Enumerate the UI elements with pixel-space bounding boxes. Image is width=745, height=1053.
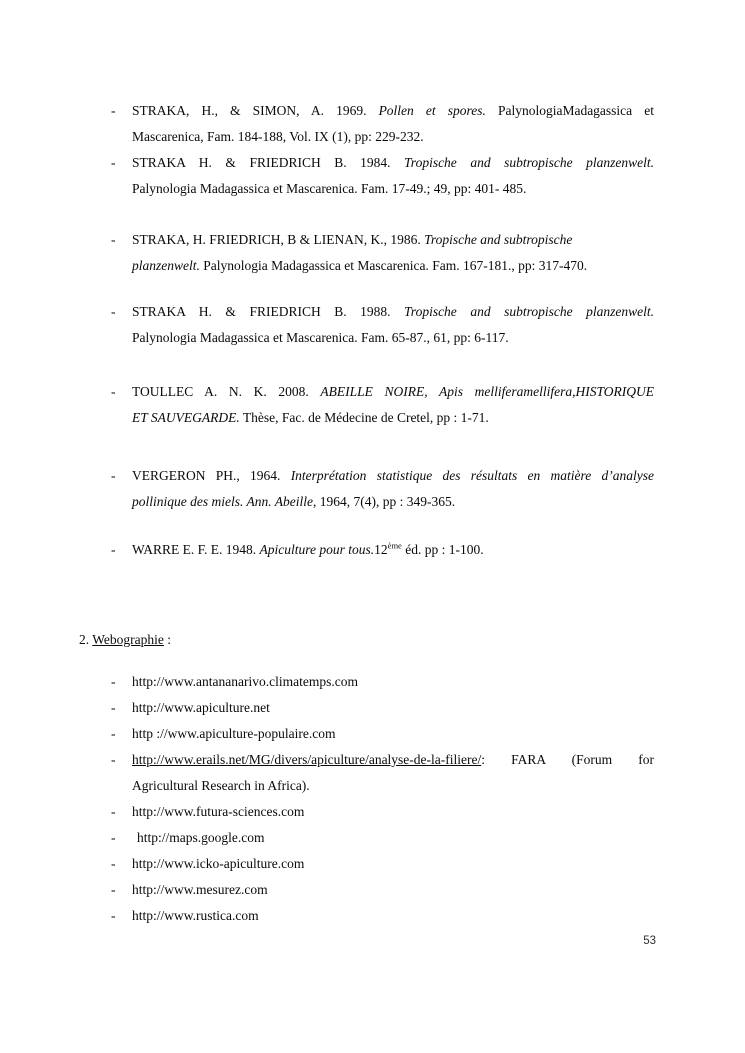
bullet-dash: -	[111, 537, 132, 563]
text-run: TOULLEC A. N. K. 2008.	[132, 384, 320, 399]
bullet-dash: -	[111, 825, 132, 851]
webography-item-text: http://www.futura-sciences.com	[132, 799, 654, 825]
text-line: http://www.icko-apiculture.com	[132, 851, 654, 877]
text-run: PalynologiaMadagassica et	[486, 103, 654, 118]
bibliography-entry: -VERGERON PH., 1964. Interprétation stat…	[0, 463, 745, 515]
italic-text-run: planzenwelt.	[132, 258, 200, 273]
italic-text-run: pollinique des miels. Ann. Abeille	[132, 494, 313, 509]
bibliography-entry: -STRAKA H. & FRIEDRICH B. 1984. Tropisch…	[0, 150, 745, 202]
text-run: éd. pp : 1-100.	[402, 542, 484, 557]
bullet-dash: -	[111, 227, 132, 253]
text-run: STRAKA, H., & SIMON, A. 1969.	[132, 103, 379, 118]
text-line: Palynologia Madagassica et Mascarenica. …	[132, 325, 654, 351]
webography-item: -http://www.antananarivo.climatemps.com	[0, 669, 745, 695]
text-line: http://maps.google.com	[137, 825, 659, 851]
italic-text-run: ET SAUVEGARDE.	[132, 410, 240, 425]
bullet-dash: -	[111, 463, 132, 489]
document-page: -STRAKA, H., & SIMON, A. 1969. Pollen et…	[0, 0, 745, 1053]
bullet-dash: -	[111, 379, 132, 405]
bullet-dash: -	[111, 747, 132, 773]
text-line: WARRE E. F. E. 1948. Apiculture pour tou…	[132, 537, 654, 563]
page-number: 53	[643, 935, 656, 947]
text-run: STRAKA H. & FRIEDRICH B. 1988.	[132, 304, 404, 319]
webography-item: -http ://www.apiculture-populaire.com	[0, 721, 745, 747]
italic-text-run: Apiculture pour tous.	[260, 542, 375, 557]
text-line: http://www.futura-sciences.com	[132, 799, 654, 825]
bibliography-list: -STRAKA, H., & SIMON, A. 1969. Pollen et…	[0, 98, 745, 563]
text-run: STRAKA H. & FRIEDRICH B. 1984.	[132, 155, 404, 170]
text-run: Webographie	[92, 632, 164, 647]
bibliography-entry-text: WARRE E. F. E. 1948. Apiculture pour tou…	[132, 537, 654, 563]
text-run: ème	[388, 541, 402, 551]
text-run: STRAKA, H. FRIEDRICH, B & LIENAN, K., 19…	[132, 232, 424, 247]
italic-text-run: Interprétation statistique des résultats…	[291, 468, 654, 483]
text-run: , 1964, 7(4), pp : 349-365.	[313, 494, 455, 509]
webography-list: -http://www.antananarivo.climatemps.com-…	[0, 669, 745, 929]
bullet-dash: -	[111, 98, 132, 124]
text-run: http://www.antananarivo.climatemps.com	[132, 674, 358, 689]
bullet-dash: -	[111, 851, 132, 877]
italic-text-run: ABEILLE NOIRE, Apis melliferamellifera,H…	[320, 384, 654, 399]
bibliography-entry-text: STRAKA H. & FRIEDRICH B. 1988. Tropische…	[132, 299, 654, 351]
text-line: Palynologia Madagassica et Mascarenica. …	[132, 176, 654, 202]
text-line: http://www.mesurez.com	[132, 877, 654, 903]
bibliography-entry: -STRAKA, H. FRIEDRICH, B & LIENAN, K., 1…	[0, 227, 745, 279]
text-run: WARRE E. F. E. 1948.	[132, 542, 260, 557]
webography-heading: 2. Webographie :	[0, 627, 745, 653]
text-run: http://www.mesurez.com	[132, 882, 268, 897]
italic-text-run: Tropische and subtropische planzenwelt.	[404, 304, 654, 319]
bibliography-entry-text: STRAKA, H. FRIEDRICH, B & LIENAN, K., 19…	[132, 227, 654, 279]
webography-item-text: http://www.antananarivo.climatemps.com	[132, 669, 654, 695]
bullet-dash: -	[111, 903, 132, 929]
webography-item-text: http://www.mesurez.com	[132, 877, 654, 903]
text-line: http://www.erails.net/MG/divers/apicultu…	[132, 747, 654, 773]
text-run: Palynologia Madagassica et Mascarenica. …	[132, 330, 509, 345]
webography-item-text: http ://www.apiculture-populaire.com	[132, 721, 654, 747]
text-run: Mascarenica, Fam. 184-188, Vol. IX (1), …	[132, 129, 424, 144]
hyperlink[interactable]: http://www.erails.net/MG/divers/apicultu…	[132, 752, 481, 767]
text-line: Mascarenica, Fam. 184-188, Vol. IX (1), …	[132, 124, 654, 150]
text-line: http://www.antananarivo.climatemps.com	[132, 669, 654, 695]
webography-item: -http://www.futura-sciences.com	[0, 799, 745, 825]
bullet-dash: -	[111, 877, 132, 903]
text-line: STRAKA, H., & SIMON, A. 1969. Pollen et …	[132, 98, 654, 124]
bullet-dash: -	[111, 299, 132, 325]
webography-item-text: http://www.rustica.com	[132, 903, 654, 929]
text-line: ET SAUVEGARDE. Thèse, Fac. de Médecine d…	[132, 405, 654, 431]
text-run: Palynologia Madagassica et Mascarenica. …	[132, 181, 526, 196]
text-run: Palynologia Madagassica et Mascarenica. …	[200, 258, 587, 273]
text-run: 12	[374, 542, 388, 557]
bullet-dash: -	[111, 669, 132, 695]
bibliography-entry-text: VERGERON PH., 1964. Interprétation stati…	[132, 463, 654, 515]
webography-item: -http://www.rustica.com	[0, 903, 745, 929]
italic-text-run: Tropische and subtropische planzenwelt.	[404, 155, 654, 170]
text-run: http://www.rustica.com	[132, 908, 259, 923]
bullet-dash: -	[111, 150, 132, 176]
bibliography-entry: -WARRE E. F. E. 1948. Apiculture pour to…	[0, 537, 745, 563]
text-line: pollinique des miels. Ann. Abeille, 1964…	[132, 489, 654, 515]
text-line: Agricultural Research in Africa).	[132, 773, 654, 799]
webography-item: -http://www.apiculture.net	[0, 695, 745, 721]
webography-item-text: http://www.apiculture.net	[132, 695, 654, 721]
text-run: Thèse, Fac. de Médecine de Cretel, pp : …	[240, 410, 489, 425]
text-line: STRAKA, H. FRIEDRICH, B & LIENAN, K., 19…	[132, 227, 654, 253]
text-run: http://maps.google.com	[137, 830, 265, 845]
text-run: http://www.icko-apiculture.com	[132, 856, 304, 871]
webography-item: -http://www.mesurez.com	[0, 877, 745, 903]
bibliography-entry: -STRAKA H. & FRIEDRICH B. 1988. Tropisch…	[0, 299, 745, 351]
webography-item: -http://maps.google.com	[0, 825, 745, 851]
bibliography-entry-text: STRAKA, H., & SIMON, A. 1969. Pollen et …	[132, 98, 654, 150]
text-run: http://www.apiculture.net	[132, 700, 270, 715]
text-run: Agricultural Research in Africa).	[132, 778, 310, 793]
text-line: planzenwelt. Palynologia Madagassica et …	[132, 253, 654, 279]
bullet-dash: -	[111, 695, 132, 721]
text-line: http://www.rustica.com	[132, 903, 654, 929]
bibliography-entry: -STRAKA, H., & SIMON, A. 1969. Pollen et…	[0, 98, 745, 150]
webography-item: -http://www.erails.net/MG/divers/apicult…	[0, 747, 745, 799]
text-run: :	[164, 632, 171, 647]
bullet-dash: -	[111, 721, 132, 747]
page-content: -STRAKA, H., & SIMON, A. 1969. Pollen et…	[0, 0, 745, 929]
webography-item-text: http://maps.google.com	[132, 825, 659, 851]
bibliography-entry-text: TOULLEC A. N. K. 2008. ABEILLE NOIRE, Ap…	[132, 379, 654, 431]
bibliography-entry-text: STRAKA H. & FRIEDRICH B. 1984. Tropische…	[132, 150, 654, 202]
text-line: VERGERON PH., 1964. Interprétation stati…	[132, 463, 654, 489]
text-run: http://www.futura-sciences.com	[132, 804, 304, 819]
text-run: : FARA (Forum for	[481, 752, 654, 767]
italic-text-run: Tropische and subtropische	[424, 232, 572, 247]
text-line: TOULLEC A. N. K. 2008. ABEILLE NOIRE, Ap…	[132, 379, 654, 405]
text-run: 2.	[79, 632, 92, 647]
webography-item-text: http://www.icko-apiculture.com	[132, 851, 654, 877]
italic-text-run: Pollen et spores.	[379, 103, 486, 118]
text-line: STRAKA H. & FRIEDRICH B. 1984. Tropische…	[132, 150, 654, 176]
text-run: http ://www.apiculture-populaire.com	[132, 726, 335, 741]
webography-item-text: http://www.erails.net/MG/divers/apicultu…	[132, 747, 654, 799]
bibliography-entry: -TOULLEC A. N. K. 2008. ABEILLE NOIRE, A…	[0, 379, 745, 431]
text-line: http://www.apiculture.net	[132, 695, 654, 721]
text-line: http ://www.apiculture-populaire.com	[132, 721, 654, 747]
webography-item: -http://www.icko-apiculture.com	[0, 851, 745, 877]
bullet-dash: -	[111, 799, 132, 825]
text-run: VERGERON PH., 1964.	[132, 468, 291, 483]
text-line: STRAKA H. & FRIEDRICH B. 1988. Tropische…	[132, 299, 654, 325]
